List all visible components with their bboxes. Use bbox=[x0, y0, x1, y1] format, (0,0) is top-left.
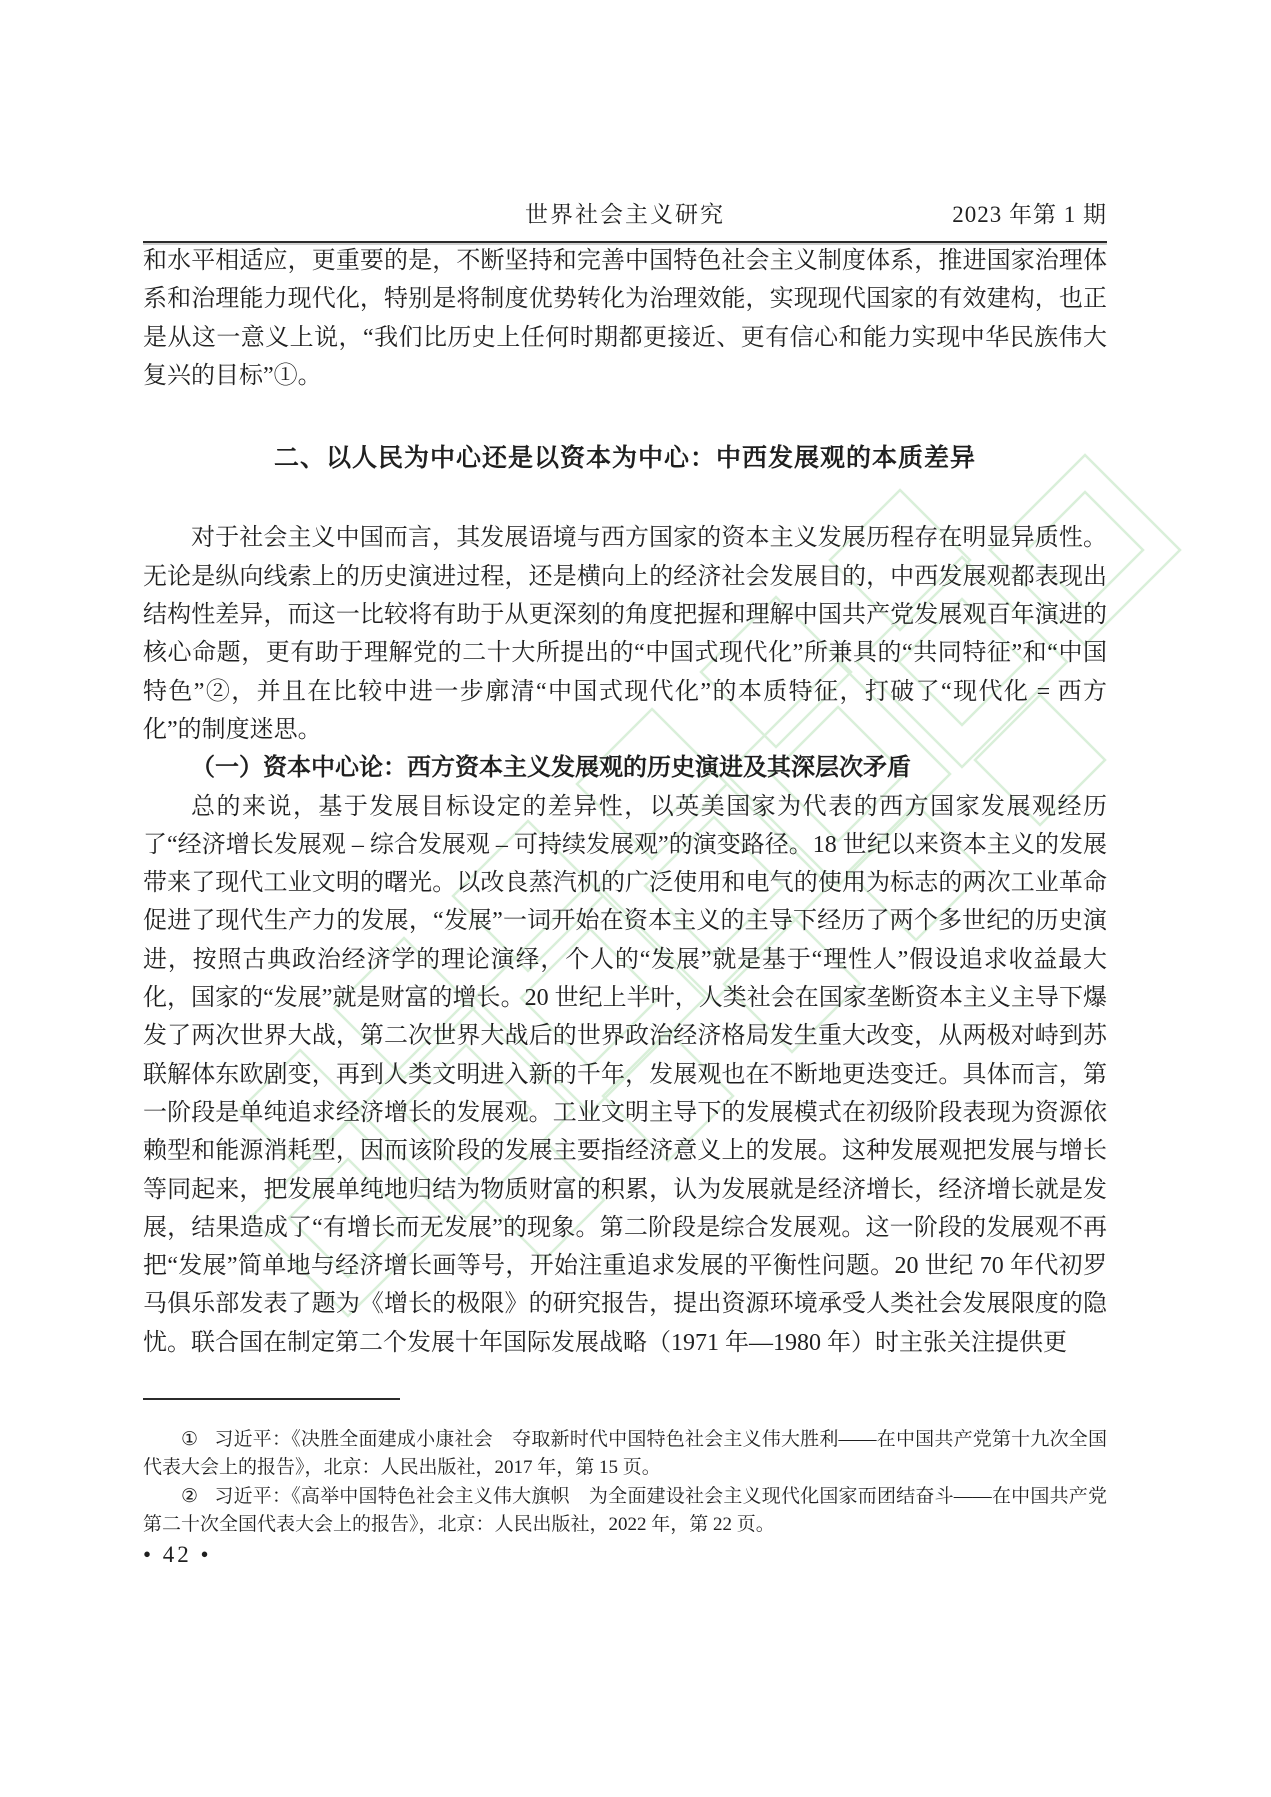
subsection-heading: （一）资本中心论：西方资本主义发展观的历史演进及其深层次矛盾 bbox=[143, 749, 1107, 787]
paragraph-history: 总的来说，基于发展目标设定的差异性，以英美国家为代表的西方国家发展观经历了“经济… bbox=[143, 788, 1107, 1362]
footnote-item: ①习近平：《决胜全面建成小康社会 夺取新时代中国特色社会主义伟大胜利——在中国共… bbox=[143, 1426, 1107, 1481]
page-number: • 42 • bbox=[143, 1542, 212, 1568]
section-heading: 二、以人民为中心还是以资本为中心：中西发展观的本质差异 bbox=[143, 439, 1107, 477]
article-body: 和水平相适应，更重要的是，不断坚持和完善中国特色社会主义制度体系，推进国家治理体… bbox=[143, 242, 1107, 1362]
footnote-separator bbox=[143, 1398, 400, 1400]
journal-page: 世界社会主义研究 2023 年第 1 期 和水平相适应，更重要的是，不断坚持和完… bbox=[0, 0, 1271, 1797]
footnote-item: ②习近平：《高举中国特色社会主义伟大旗帜 为全面建设社会主义现代化国家而团结奋斗… bbox=[143, 1483, 1107, 1538]
paragraph-context: 对于社会主义中国而言，其发展语境与西方国家的资本主义发展历程存在明显异质性。无论… bbox=[143, 519, 1107, 749]
footnote-marker: ② bbox=[181, 1486, 198, 1507]
footnote-marker: ① bbox=[181, 1429, 198, 1450]
page-header: 世界社会主义研究 2023 年第 1 期 bbox=[143, 196, 1107, 230]
paragraph-continued: 和水平相适应，更重要的是，不断坚持和完善中国特色社会主义制度体系，推进国家治理体… bbox=[143, 242, 1107, 395]
footnote-text: 习近平：《高举中国特色社会主义伟大旗帜 为全面建设社会主义现代化国家而团结奋斗—… bbox=[143, 1486, 1107, 1535]
issue-label: 2023 年第 1 期 bbox=[952, 196, 1107, 229]
footnotes: ①习近平：《决胜全面建成小康社会 夺取新时代中国特色社会主义伟大胜利——在中国共… bbox=[143, 1426, 1107, 1540]
footnote-text: 习近平：《决胜全面建成小康社会 夺取新时代中国特色社会主义伟大胜利——在中国共产… bbox=[143, 1429, 1107, 1478]
